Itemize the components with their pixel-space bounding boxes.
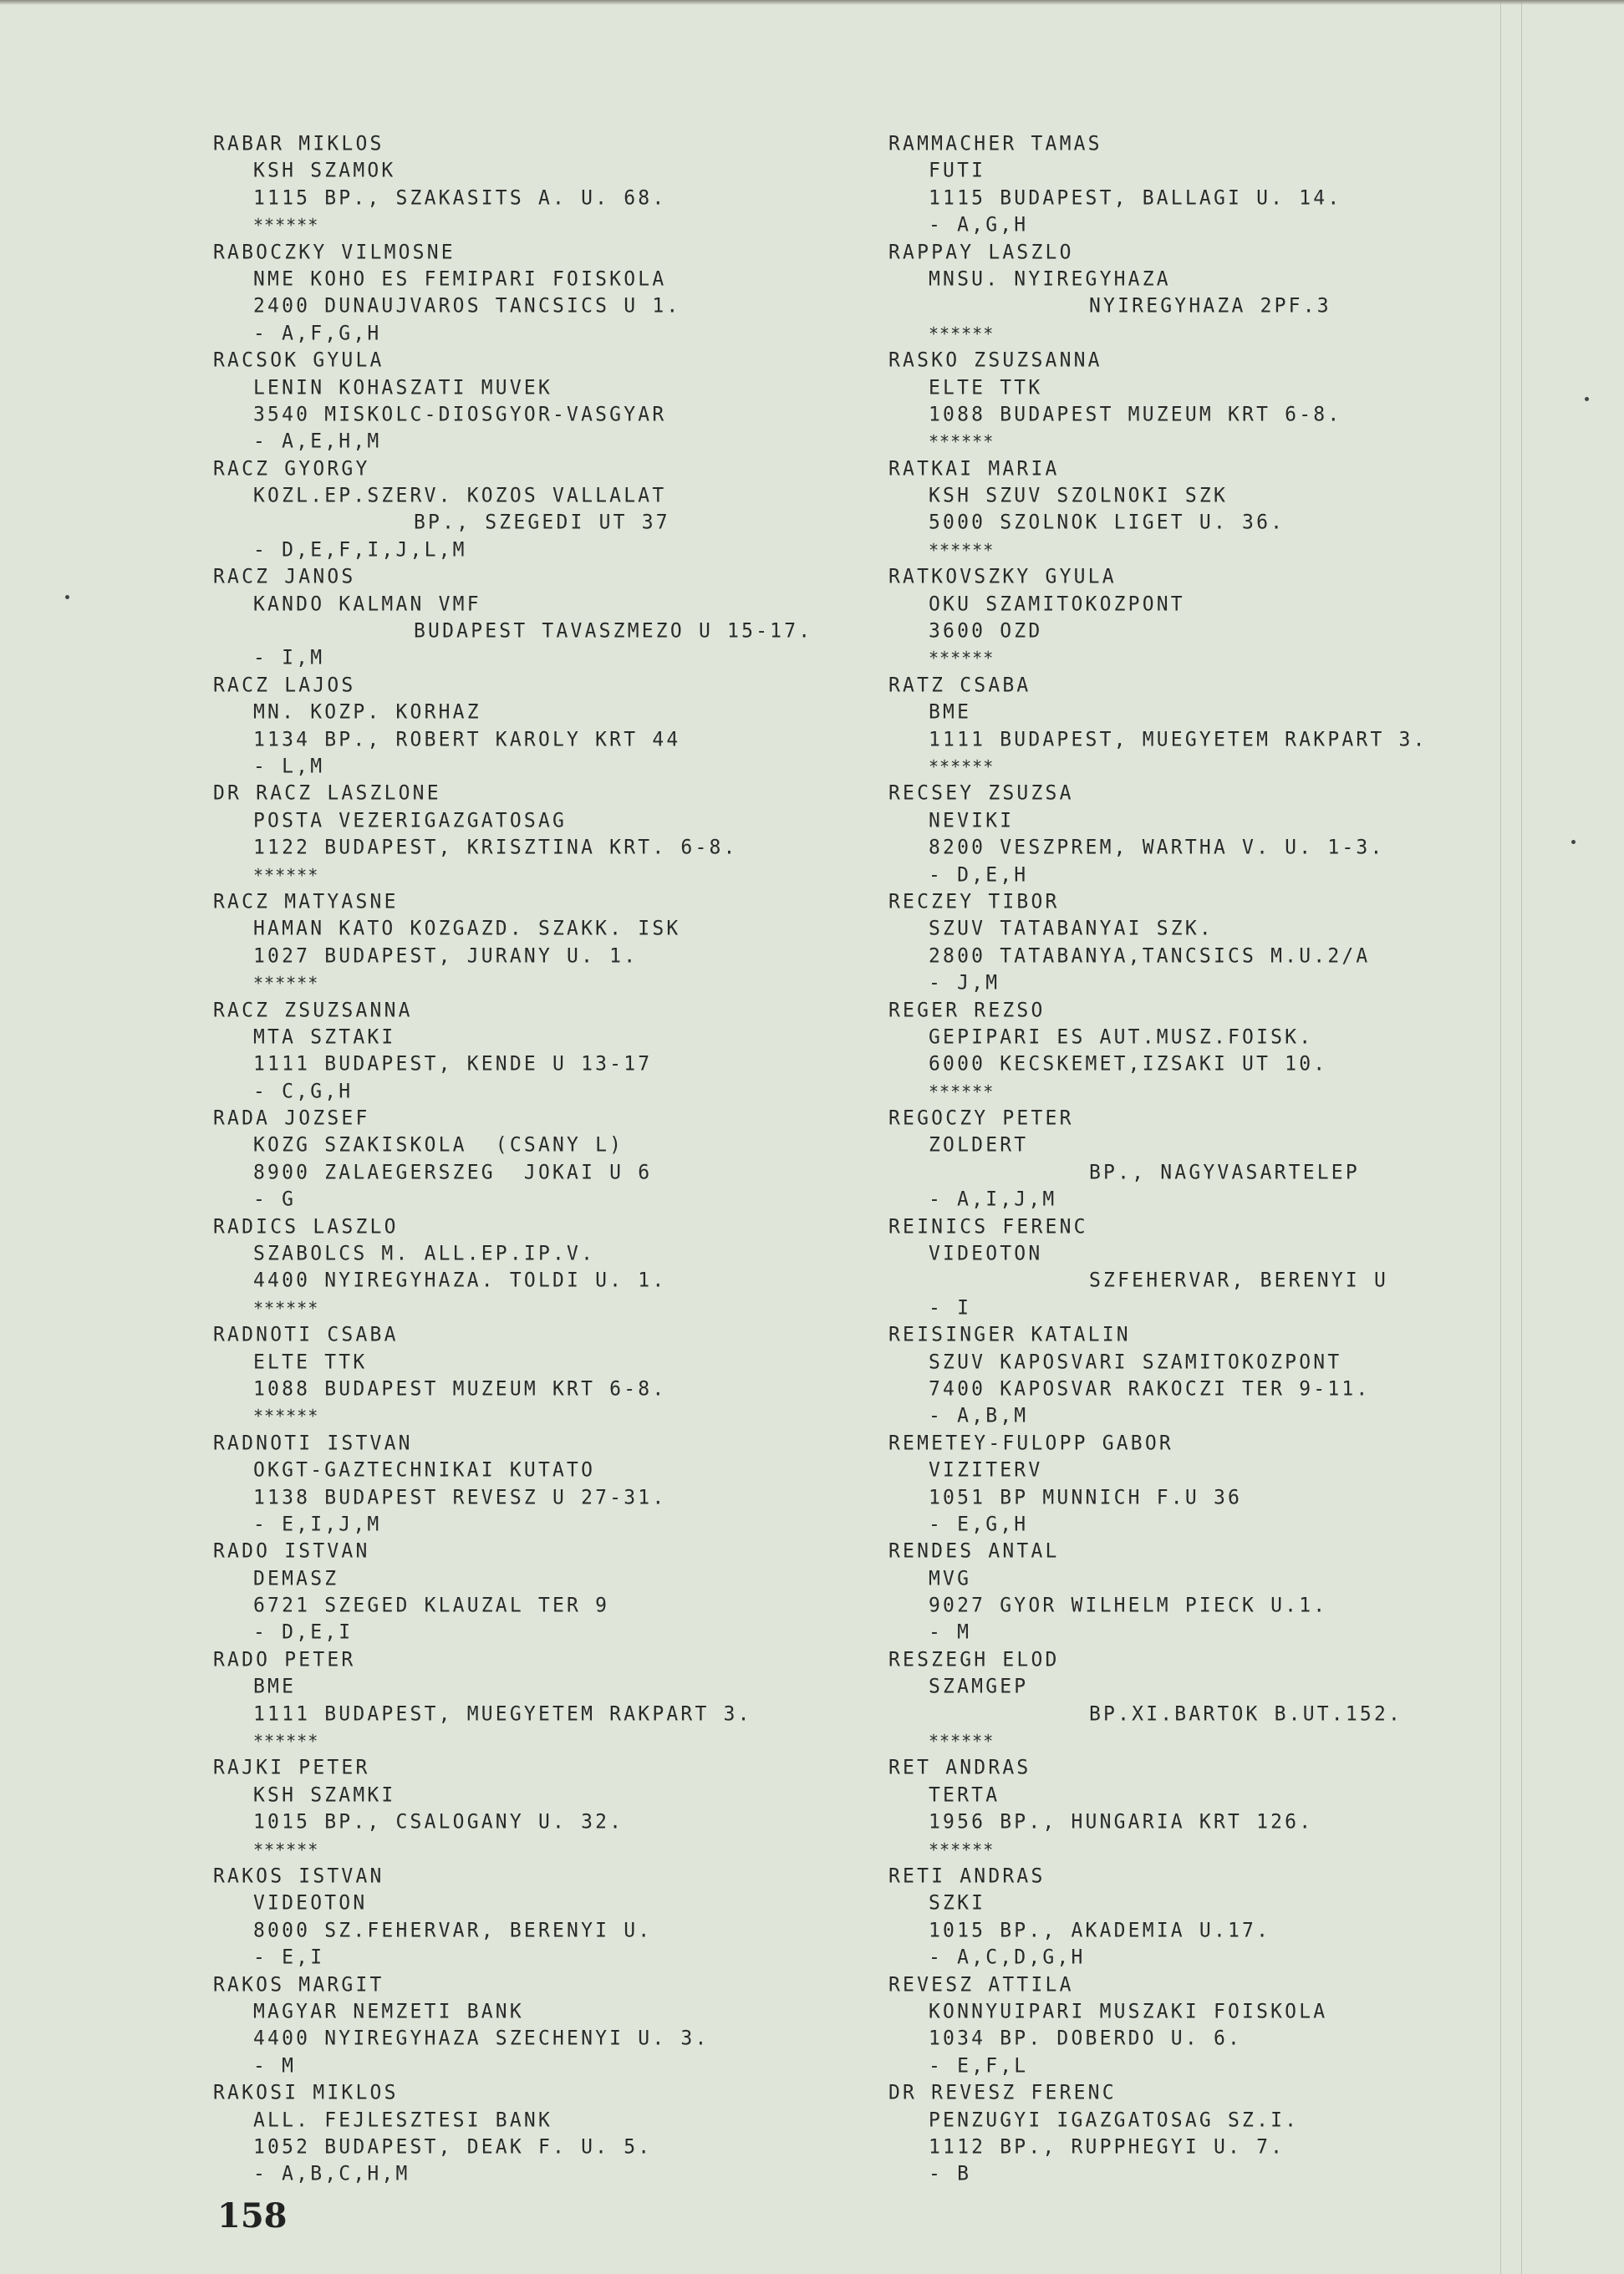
entry-organization: SZABOLCS M. ALL.EP.IP.V.	[213, 1239, 848, 1268]
entry-name: REMETEY-FULOPP GABOR	[888, 1429, 1524, 1457]
entry-separator: ******	[888, 427, 1524, 455]
entry-address: 1052 BUDAPEST, DEAK F. U. 5.	[213, 2133, 848, 2161]
directory-entry: RADNOTI ISTVANOKGT-GAZTECHNIKAI KUTATO11…	[213, 1430, 848, 1539]
entry-address: 1115 BUDAPEST, BALLAGI U. 14.	[888, 184, 1524, 212]
entry-name: RAMMACHER TAMAS	[888, 130, 1524, 158]
paper-speck	[1585, 397, 1589, 401]
entry-address: 8200 VESZPREM, WARTHA V. U. 1-3.	[888, 833, 1524, 862]
entry-name: RADNOTI ISTVAN	[213, 1429, 848, 1457]
entry-category-codes: - A,C,D,G,H	[888, 1943, 1524, 1971]
entry-address: 1112 BP., RUPPHEGYI U. 7.	[888, 2133, 1524, 2161]
entry-category-codes: - A,E,H,M	[213, 427, 848, 455]
directory-entry: RECSEY ZSUZSANEVIKI8200 VESZPREM, WARTHA…	[888, 780, 1524, 888]
entry-organization: PENZUGYI IGAZGATOSAG SZ.I.	[888, 2106, 1524, 2134]
entry-name: DR REVESZ FERENC	[888, 2078, 1524, 2107]
entry-organization: KSH SZAMOK	[213, 157, 848, 186]
entry-organization: SZUV KAPOSVARI SZAMITOKOZPONT	[888, 1348, 1524, 1376]
directory-entry: REISINGER KATALINSZUV KAPOSVARI SZAMITOK…	[888, 1321, 1524, 1430]
directory-entry: DR REVESZ FERENCPENZUGYI IGAZGATOSAG SZ.…	[888, 2079, 1524, 2188]
entry-category-codes: - B	[888, 2160, 1524, 2188]
entry-organization: MVG	[888, 1564, 1524, 1593]
entry-organization: KOZG SZAKISKOLA (CSANY L)	[213, 1132, 848, 1160]
entry-name: RACSOK GYULA	[213, 346, 848, 374]
entry-name: RECZEY TIBOR	[888, 888, 1524, 916]
entry-organization: KSH SZUV SZOLNOKI SZK	[888, 481, 1524, 510]
entry-address: BP., NAGYVASARTELEP	[888, 1158, 1524, 1187]
entry-address: 1015 BP., AKADEMIA U.17.	[888, 1916, 1524, 1945]
entry-address: 5000 SZOLNOK LIGET U. 36.	[888, 509, 1524, 537]
entry-address: 6000 KECSKEMET,IZSAKI UT 10.	[888, 1050, 1524, 1078]
entry-name: RABOCZKY VILMOSNE	[213, 238, 848, 267]
entry-category-codes: - E,G,H	[888, 1510, 1524, 1539]
entry-address: 1088 BUDAPEST MUZEUM KRT 6-8.	[213, 1375, 848, 1403]
entry-organization: KONNYUIPARI MUSZAKI FOISKOLA	[888, 1997, 1524, 2026]
entry-organization: OKU SZAMITOKOZPONT	[888, 590, 1524, 618]
entry-category-codes: - M	[213, 2052, 848, 2080]
entry-address: NYIREGYHAZA 2PF.3	[888, 293, 1524, 321]
entry-address: 4400 NYIREGYHAZA. TOLDI U. 1.	[213, 1267, 848, 1295]
entry-organization: NME KOHO ES FEMIPARI FOISKOLA	[213, 265, 848, 293]
entry-name: RACZ MATYASNE	[213, 888, 848, 916]
entry-address: 4400 NYIREGYHAZA SZECHENYI U. 3.	[213, 2025, 848, 2053]
page-number: 158	[217, 2196, 288, 2236]
entry-organization: NEVIKI	[888, 806, 1524, 835]
entry-organization: POSTA VEZERIGAZGATOSAG	[213, 806, 848, 835]
entry-organization: SZUV TATABANYAI SZK.	[888, 915, 1524, 944]
entry-category-codes: - I	[888, 1294, 1524, 1322]
entry-separator: ******	[213, 1727, 848, 1755]
entry-name: RECSEY ZSUZSA	[888, 780, 1524, 808]
directory-entry: RATKOVSZKY GYULAOKU SZAMITOKOZPONT3600 O…	[888, 563, 1524, 672]
entry-address: 1088 BUDAPEST MUZEUM KRT 6-8.	[888, 400, 1524, 429]
directory-entry: RAKOS ISTVANVIDEOTON8000 SZ.FEHERVAR, BE…	[213, 1863, 848, 1971]
directory-entry: RECZEY TIBORSZUV TATABANYAI SZK.2800 TAT…	[888, 888, 1524, 997]
entry-name: REINICS FERENC	[888, 1213, 1524, 1241]
entry-organization: KOZL.EP.SZERV. KOZOS VALLALAT	[213, 481, 848, 510]
entry-organization: ELTE TTK	[213, 1348, 848, 1376]
directory-column-left: RABAR MIKLOSKSH SZAMOK1115 BP., SZAKASIT…	[213, 130, 848, 2188]
entry-name: RATZ CSABA	[888, 671, 1524, 699]
entry-name: RADNOTI CSABA	[213, 1320, 848, 1349]
entry-address: 1015 BP., CSALOGANY U. 32.	[213, 1808, 848, 1836]
entry-address: 2800 TATABANYA,TANCSICS M.U.2/A	[888, 942, 1524, 970]
directory-entry: RACZ GYORGYKOZL.EP.SZERV. KOZOS VALLALAT…	[213, 455, 848, 564]
directory-entry: REVESZ ATTILAKONNYUIPARI MUSZAKI FOISKOL…	[888, 1971, 1524, 2080]
entry-category-codes: - E,I	[213, 1943, 848, 1971]
entry-address: 3540 MISKOLC-DIOSGYOR-VASGYAR	[213, 400, 848, 429]
entry-address: 8900 ZALAEGERSZEG JOKAI U 6	[213, 1158, 848, 1187]
directory-entry: RACZ MATYASNEHAMAN KATO KOZGAZD. SZAKK. …	[213, 888, 848, 997]
entry-name: RET ANDRAS	[888, 1754, 1524, 1783]
entry-organization: GEPIPARI ES AUT.MUSZ.FOISK.	[888, 1023, 1524, 1051]
entry-organization: FUTI	[888, 157, 1524, 186]
entry-name: REGER REZSO	[888, 996, 1524, 1025]
entry-organization: BME	[213, 1672, 848, 1701]
directory-entry: RACZ ZSUZSANNAMTA SZTAKI1111 BUDAPEST, K…	[213, 997, 848, 1106]
entry-name: RABAR MIKLOS	[213, 130, 848, 158]
directory-entry: RETI ANDRASSZKI1015 BP., AKADEMIA U.17.-…	[888, 1863, 1524, 1971]
directory-entry: RAPPAY LASZLOMNSU. NYIREGYHAZANYIREGYHAZ…	[888, 239, 1524, 348]
entry-organization: SZAMGEP	[888, 1672, 1524, 1701]
entry-address: 1034 BP. DOBERDO U. 6.	[888, 2025, 1524, 2053]
entry-address: 1138 BUDAPEST REVESZ U 27-31.	[213, 1483, 848, 1512]
paper-speck	[1571, 840, 1576, 844]
entry-name: REGOCZY PETER	[888, 1104, 1524, 1132]
entry-name: RACZ GYORGY	[213, 455, 848, 483]
entry-address: BP., SZEGEDI UT 37	[213, 509, 848, 537]
entry-organization: TERTA	[888, 1781, 1524, 1809]
entry-address: 1051 BP MUNNICH F.U 36	[888, 1483, 1524, 1512]
directory-entry: RADA JOZSEFKOZG SZAKISKOLA (CSANY L)8900…	[213, 1105, 848, 1213]
entry-name: RENDES ANTAL	[888, 1538, 1524, 1566]
entry-organization: MN. KOZP. KORHAZ	[213, 698, 848, 726]
entry-organization: KANDO KALMAN VMF	[213, 590, 848, 618]
entry-category-codes: - E,I,J,M	[213, 1510, 848, 1539]
directory-entry: RAKOSI MIKLOSALL. FEJLESZTESI BANK1052 B…	[213, 2079, 848, 2188]
entry-name: RATKOVSZKY GYULA	[888, 562, 1524, 591]
entry-name: RACZ ZSUZSANNA	[213, 996, 848, 1025]
entry-organization: ELTE TTK	[888, 374, 1524, 402]
entry-category-codes: - A,B,C,H,M	[213, 2160, 848, 2188]
entry-address: 1111 BUDAPEST, MUEGYETEM RAKPART 3.	[213, 1700, 848, 1728]
entry-name: DR RACZ LASZLONE	[213, 780, 848, 808]
entry-address: 1027 BUDAPEST, JURANY U. 1.	[213, 942, 848, 970]
entry-organization: VIDEOTON	[888, 1239, 1524, 1268]
directory-entry: RASKO ZSUZSANNAELTE TTK1088 BUDAPEST MUZ…	[888, 347, 1524, 455]
entry-separator: ******	[888, 1835, 1524, 1864]
entry-address: BP.XI.BARTOK B.UT.152.	[888, 1700, 1524, 1728]
entry-separator: ******	[888, 644, 1524, 673]
directory-entry: RACZ JANOSKANDO KALMAN VMFBUDAPEST TAVAS…	[213, 563, 848, 672]
entry-separator: ******	[213, 969, 848, 997]
directory-entry: RET ANDRASTERTA1956 BP., HUNGARIA KRT 12…	[888, 1754, 1524, 1863]
entry-name: RAKOS ISTVAN	[213, 1862, 848, 1890]
directory-entry: RAKOS MARGITMAGYAR NEMZETI BANK4400 NYIR…	[213, 1971, 848, 2080]
entry-category-codes: - A,I,J,M	[888, 1185, 1524, 1213]
entry-address: 6721 SZEGED KLAUZAL TER 9	[213, 1591, 848, 1620]
entry-address: 1956 BP., HUNGARIA KRT 126.	[888, 1808, 1524, 1836]
entry-name: RATKAI MARIA	[888, 455, 1524, 483]
directory-entry: RAJKI PETERKSH SZAMKI1015 BP., CSALOGANY…	[213, 1754, 848, 1863]
entry-name: RACZ JANOS	[213, 562, 848, 591]
entry-address: 9027 GYOR WILHELM PIECK U.1.	[888, 1591, 1524, 1620]
entry-organization: MNSU. NYIREGYHAZA	[888, 265, 1524, 293]
entry-category-codes: - I,M	[213, 644, 848, 673]
directory-entry: REGOCZY PETERZOLDERTBP., NAGYVASARTELEP-…	[888, 1105, 1524, 1213]
entry-category-codes: - J,M	[888, 969, 1524, 997]
entry-category-codes: - D,E,F,I,J,L,M	[213, 536, 848, 564]
entry-address: 1122 BUDAPEST, KRISZTINA KRT. 6-8.	[213, 833, 848, 862]
entry-address: 1111 BUDAPEST, MUEGYETEM RAKPART 3.	[888, 725, 1524, 754]
entry-name: REISINGER KATALIN	[888, 1320, 1524, 1349]
directory-entry: REINICS FERENCVIDEOTONSZFEHERVAR, BERENY…	[888, 1213, 1524, 1322]
directory-entry: RABAR MIKLOSKSH SZAMOK1115 BP., SZAKASIT…	[213, 130, 848, 239]
entry-address: BUDAPEST TAVASZMEZO U 15-17.	[213, 617, 848, 645]
entry-name: RAKOSI MIKLOS	[213, 2078, 848, 2107]
entry-category-codes: - C,G,H	[213, 1077, 848, 1106]
directory-entry: RENDES ANTALMVG9027 GYOR WILHELM PIECK U…	[888, 1538, 1524, 1646]
entry-separator: ******	[213, 1402, 848, 1431]
entry-address: 1115 BP., SZAKASITS A. U. 68.	[213, 184, 848, 212]
entry-separator: ******	[213, 861, 848, 889]
directory-entry: RATKAI MARIAKSH SZUV SZOLNOKI SZK5000 SZ…	[888, 455, 1524, 564]
directory-entry: RADNOTI CSABAELTE TTK1088 BUDAPEST MUZEU…	[213, 1321, 848, 1430]
entry-name: RAKOS MARGIT	[213, 1971, 848, 1999]
entry-address: 7400 KAPOSVAR RAKOCZI TER 9-11.	[888, 1375, 1524, 1403]
entry-organization: VIZITERV	[888, 1456, 1524, 1484]
entry-category-codes: - A,F,G,H	[213, 319, 848, 348]
entry-separator: ******	[888, 1727, 1524, 1755]
entry-separator: ******	[213, 1835, 848, 1864]
entry-separator: ******	[888, 319, 1524, 348]
directory-entry: RAMMACHER TAMASFUTI1115 BUDAPEST, BALLAG…	[888, 130, 1524, 239]
directory-entry: REMETEY-FULOPP GABORVIZITERV1051 BP MUNN…	[888, 1430, 1524, 1539]
entry-name: RETI ANDRAS	[888, 1862, 1524, 1890]
entry-organization: ZOLDERT	[888, 1132, 1524, 1160]
directory-entry: RABOCZKY VILMOSNENME KOHO ES FEMIPARI FO…	[213, 239, 848, 348]
directory-entry: RADO ISTVANDEMASZ6721 SZEGED KLAUZAL TER…	[213, 1538, 848, 1646]
entry-name: RAPPAY LASZLO	[888, 238, 1524, 267]
entry-address: 1134 BP., ROBERT KAROLY KRT 44	[213, 725, 848, 754]
paper-speck	[65, 595, 69, 599]
entry-name: RADO PETER	[213, 1646, 848, 1674]
entry-separator: ******	[888, 1077, 1524, 1106]
directory-entry: RADICS LASZLOSZABOLCS M. ALL.EP.IP.V.440…	[213, 1213, 848, 1322]
entry-separator: ******	[213, 1294, 848, 1322]
entry-category-codes: - L,M	[213, 752, 848, 781]
entry-name: RESZEGH ELOD	[888, 1646, 1524, 1674]
entry-organization: LENIN KOHASZATI MUVEK	[213, 374, 848, 402]
entry-organization: MAGYAR NEMZETI BANK	[213, 1997, 848, 2026]
entry-name: REVESZ ATTILA	[888, 1971, 1524, 1999]
entry-address: 3600 OZD	[888, 617, 1524, 645]
entry-category-codes: - A,B,M	[888, 1402, 1524, 1431]
entry-name: RADA JOZSEF	[213, 1104, 848, 1132]
entry-organization: ALL. FEJLESZTESI BANK	[213, 2106, 848, 2134]
entry-address: SZFEHERVAR, BERENYI U	[888, 1267, 1524, 1295]
directory-entry: RATZ CSABABME1111 BUDAPEST, MUEGYETEM RA…	[888, 672, 1524, 781]
directory-entry: RADO PETERBME1111 BUDAPEST, MUEGYETEM RA…	[213, 1646, 848, 1755]
entry-category-codes: - M	[888, 1619, 1524, 1647]
entry-address: 8000 SZ.FEHERVAR, BERENYI U.	[213, 1916, 848, 1945]
entry-organization: SZKI	[888, 1890, 1524, 1918]
entry-separator: ******	[213, 211, 848, 239]
entry-category-codes: - D,E,H	[888, 861, 1524, 889]
entry-organization: DEMASZ	[213, 1564, 848, 1593]
page-top-shadow	[0, 0, 1624, 5]
directory-entry: DR RACZ LASZLONEPOSTA VEZERIGAZGATOSAG11…	[213, 780, 848, 888]
directory-entry: RACSOK GYULALENIN KOHASZATI MUVEK3540 MI…	[213, 347, 848, 455]
entry-name: RACZ LAJOS	[213, 671, 848, 699]
entry-address: 1111 BUDAPEST, KENDE U 13-17	[213, 1050, 848, 1078]
entry-category-codes: - A,G,H	[888, 211, 1524, 239]
entry-organization: MTA SZTAKI	[213, 1023, 848, 1051]
entry-name: RASKO ZSUZSANNA	[888, 346, 1524, 374]
directory-entry: RESZEGH ELODSZAMGEPBP.XI.BARTOK B.UT.152…	[888, 1646, 1524, 1755]
entry-organization: OKGT-GAZTECHNIKAI KUTATO	[213, 1456, 848, 1484]
directory-entry: RACZ LAJOSMN. KOZP. KORHAZ1134 BP., ROBE…	[213, 672, 848, 781]
entry-separator: ******	[888, 752, 1524, 781]
entry-organization: BME	[888, 698, 1524, 726]
entry-name: RADO ISTVAN	[213, 1538, 848, 1566]
entry-category-codes: - G	[213, 1185, 848, 1213]
entry-name: RADICS LASZLO	[213, 1213, 848, 1241]
entry-separator: ******	[888, 536, 1524, 564]
entry-organization: VIDEOTON	[213, 1890, 848, 1918]
entry-category-codes: - E,F,L	[888, 2052, 1524, 2080]
entry-category-codes: - D,E,I	[213, 1619, 848, 1647]
entry-organization: KSH SZAMKI	[213, 1781, 848, 1809]
entry-address: 2400 DUNAUJVAROS TANCSICS U 1.	[213, 293, 848, 321]
entry-name: RAJKI PETER	[213, 1754, 848, 1783]
directory-entry: REGER REZSOGEPIPARI ES AUT.MUSZ.FOISK.60…	[888, 997, 1524, 1106]
entry-organization: HAMAN KATO KOZGAZD. SZAKK. ISK	[213, 915, 848, 944]
directory-column-right: RAMMACHER TAMASFUTI1115 BUDAPEST, BALLAG…	[888, 130, 1524, 2188]
